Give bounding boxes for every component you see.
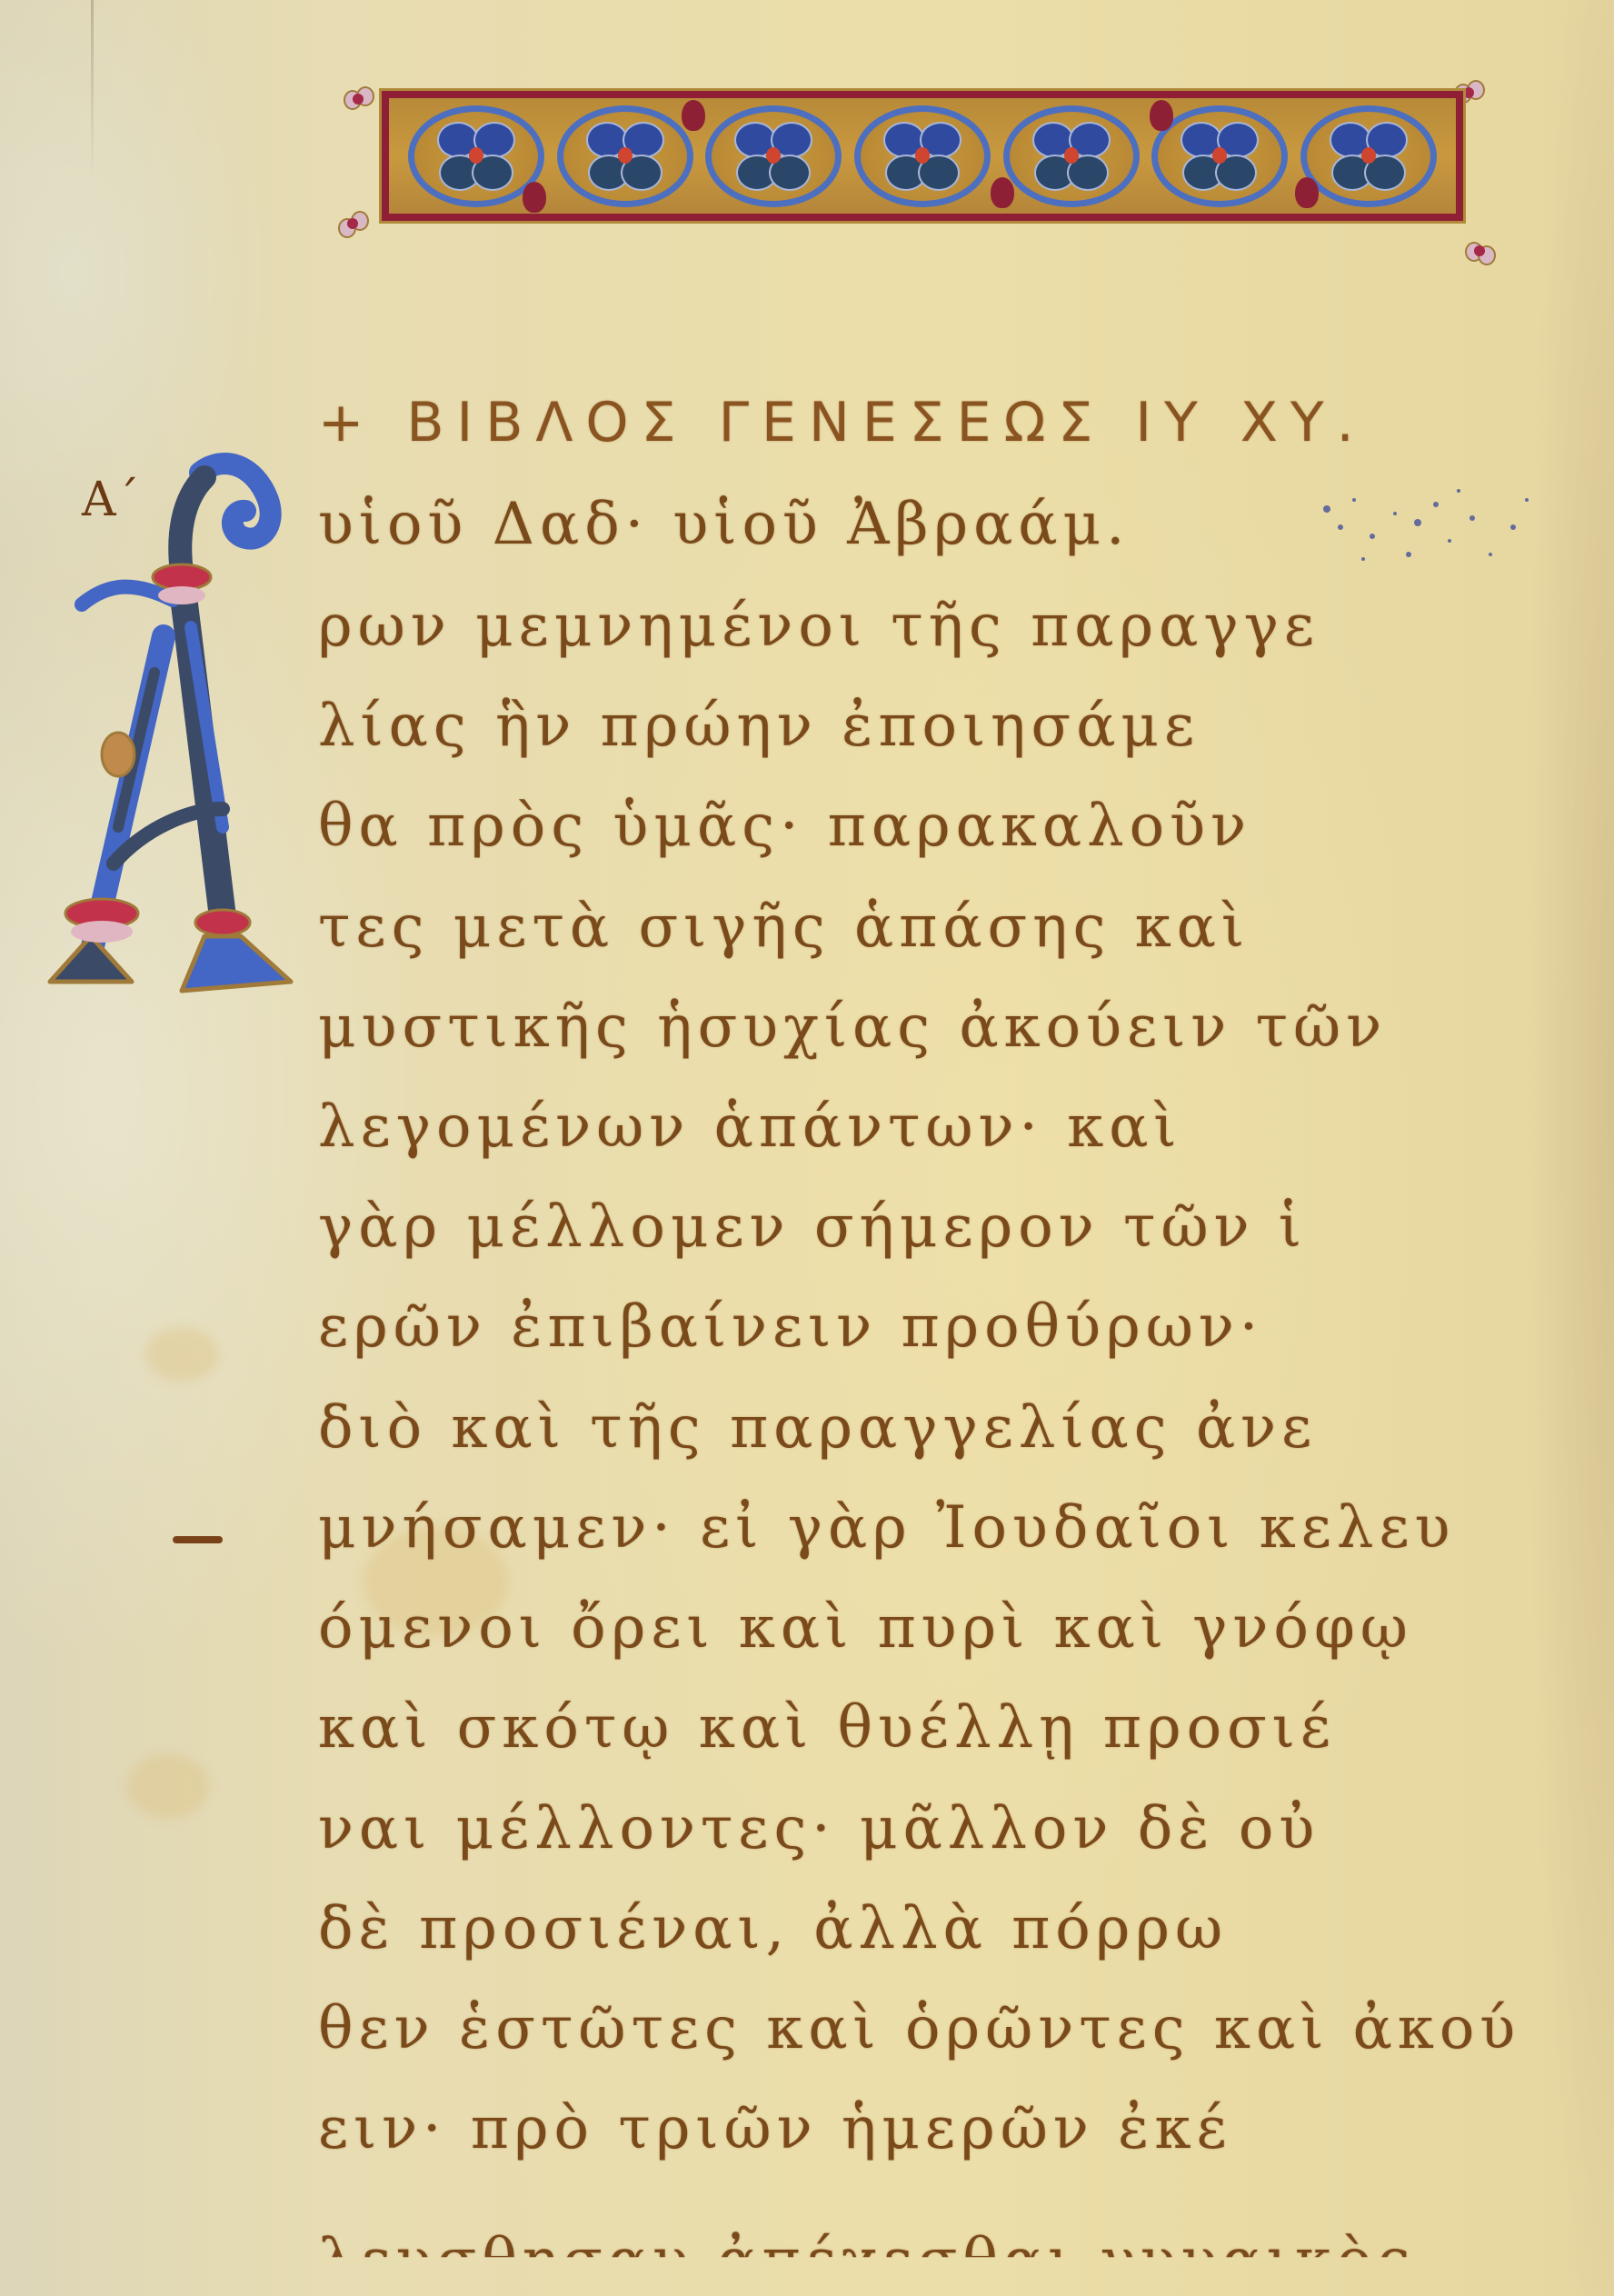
text-line: θεν ἑστῶτες καὶ ὁρῶντες καὶ ἀκού: [318, 1995, 1520, 2062]
crimson-bud-ornament: [523, 182, 546, 213]
corner-fleuron-bottom-left: [338, 211, 369, 238]
text-line: ειν· πρὸ τριῶν ἡμερῶν ἐκέ: [318, 2095, 1232, 2162]
headpiece-roundel: [705, 105, 842, 207]
headpiece-roundel: [854, 105, 991, 207]
water-stain: [127, 1754, 209, 1818]
text-line: μνήσαμεν· εἰ γὰρ Ἰουδαῖοι κελευ: [318, 1494, 1456, 1562]
blue-ink-blot: [1309, 473, 1545, 582]
headpiece-roundel: [1003, 105, 1140, 207]
headpiece-roundel: [557, 105, 693, 207]
text-line: τες μετὰ σιγῆς ἁπάσης καὶ: [318, 893, 1250, 961]
text-line: ερῶν ἐπιβαίνειν προθύρων·: [318, 1293, 1263, 1361]
palmette-flower-icon: [1031, 120, 1112, 193]
text-line: δὲ προσιέναι, ἀλλὰ πόρρω: [318, 1895, 1228, 1962]
crimson-bud-ornament: [1295, 177, 1319, 208]
palmette-flower-icon: [882, 120, 963, 193]
text-line: θα πρὸς ὑμᾶς· παρακαλοῦν: [318, 793, 1251, 860]
text-line: καὶ σκότῳ καὶ θυέλλῃ προσιέ: [318, 1694, 1336, 1762]
parchment-fold-line: [91, 0, 94, 182]
marginal-dash-mark: [173, 1536, 223, 1543]
crimson-bud-ornament: [991, 177, 1014, 208]
title-line: + ΒΙΒΛΟΣ ΓΕΝΕΣΕΩΣ ΙΥ ΧΥ.: [318, 391, 1367, 454]
decorated-initial-alpha-icon: [45, 445, 318, 1000]
text-line: γὰρ μέλλομεν σήμερον τῶν ἱ: [318, 1193, 1307, 1261]
crimson-bud-ornament: [682, 100, 705, 131]
palmette-flower-icon: [1179, 120, 1260, 193]
text-line: υἱοῦ Δαδ· υἱοῦ Ἀβραάμ.: [318, 491, 1130, 558]
corner-fleuron-top-left: [344, 86, 374, 114]
text-line: μυστικῆς ἡσυχίας ἀκούειν τῶν: [318, 993, 1387, 1061]
water-stain: [145, 1327, 218, 1382]
text-line: ρων μεμνημένοι τῆς παραγγε: [318, 593, 1320, 660]
palmette-flower-icon: [1328, 120, 1410, 193]
text-line: ναι μέλλοντες· μᾶλλον δὲ οὐ: [318, 1795, 1320, 1862]
text-line: διὸ καὶ τῆς παραγγελίας ἀνε: [318, 1394, 1317, 1462]
crimson-bud-ornament: [1150, 100, 1173, 131]
corner-fleuron-bottom-right: [1465, 238, 1496, 265]
palmette-flower-icon: [732, 120, 814, 193]
headpiece-roundel: [1300, 105, 1437, 207]
text-line: λεγομένων ἁπάντων· καὶ: [318, 1093, 1182, 1161]
text-line: λίας ἣν πρώην ἐποιησάμε: [318, 693, 1200, 760]
palmette-flower-icon: [435, 120, 517, 193]
text-line: όμενοι ὄρει καὶ πυρὶ καὶ γνόφῳ: [318, 1594, 1413, 1662]
palmette-flower-icon: [584, 120, 666, 193]
